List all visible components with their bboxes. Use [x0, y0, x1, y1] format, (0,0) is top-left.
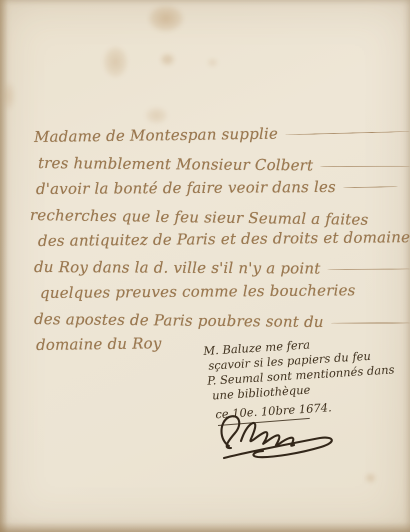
ink-flourish-line [320, 165, 410, 166]
ink-flourish-line [343, 186, 398, 188]
letter-line-text: du Roy dans la d. ville s'il n'y a point [34, 258, 321, 277]
letter-line: d'avoir la bonté de faire veoir dans les [36, 173, 410, 202]
foxing-stain [3, 82, 15, 110]
letter-line-text: domaine du Roy [36, 334, 162, 354]
foxing-stain [207, 58, 218, 67]
paper-bottom-edge-shadow [0, 522, 410, 532]
ink-flourish-line [285, 130, 410, 134]
letter-line: quelques preuves comme les boucheries [40, 277, 410, 306]
letter-line-text: des antiquitez de Paris et des droits et… [38, 228, 410, 250]
letter-line-text: quelques preuves comme les boucheries [40, 281, 356, 302]
foxing-stain [365, 473, 376, 483]
foxing-stain [103, 46, 128, 78]
letter-line: Madame de Montespan supplie [34, 119, 410, 150]
letter-line: des antiquitez de Paris et des droits et… [38, 224, 410, 254]
ink-flourish-line [327, 268, 410, 270]
letter-line-text: Madame de Montespan supplie [34, 125, 278, 146]
letter-line-text: d'avoir la bonté de faire veoir dans les [36, 178, 336, 198]
foxing-stain [148, 5, 184, 32]
letter-body-text: Madame de Montespan supplie tres humblem… [0, 124, 410, 358]
manuscript-letter-page: Madame de Montespan supplie tres humblem… [0, 0, 410, 532]
ink-flourish-line [331, 322, 410, 323]
foxing-stain [160, 53, 175, 66]
colbert-signature [210, 410, 350, 470]
letter-line-text: tres humblement Monsieur Colbert [38, 154, 313, 174]
